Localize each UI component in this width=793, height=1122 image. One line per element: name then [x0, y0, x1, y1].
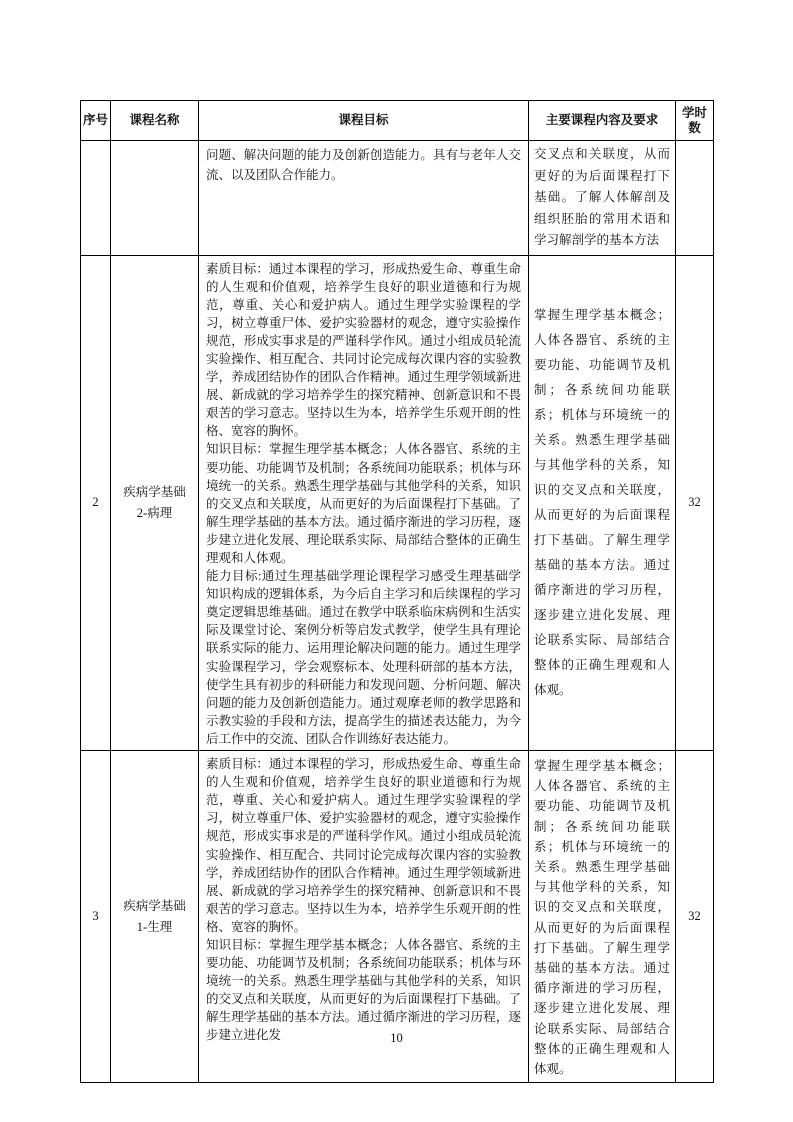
table-row-continuation: 问题、解决问题的能力及创新创造能力。具有与老年人交流、以及团队合作能力。 交叉点…: [81, 141, 714, 256]
cell-course-name: 疾病学基础 2-病理: [111, 255, 199, 751]
header-seq: 序号: [81, 101, 111, 141]
cell-content: 交叉点和关联度，从而更好的为后面课程打下基础。了解人体解剖及组织胚胎的常用术语和…: [529, 141, 676, 256]
header-content: 主要课程内容及要求: [529, 101, 676, 141]
cell-content: 掌握生理学基本概念；人体各器官、系统的主要功能、功能调节及机制；各系统间功能联系…: [529, 255, 676, 751]
table-row-course-2: 2 疾病学基础 2-病理 素质目标：通过本课程的学习，形成热爱生命、尊重生命的人…: [81, 255, 714, 751]
course-table: 序号 课程名称 课程目标 主要课程内容及要求 学时数 问题、解决问题的能力及创新…: [80, 100, 714, 1083]
cell-seq: 2: [81, 255, 111, 751]
cell-objectives: 问题、解决问题的能力及创新创造能力。具有与老年人交流、以及团队合作能力。: [199, 141, 529, 256]
header-objectives: 课程目标: [199, 101, 529, 141]
page-number: 10: [0, 1031, 793, 1046]
header-row: 序号 课程名称 课程目标 主要课程内容及要求 学时数: [81, 101, 714, 141]
cell-hours: 32: [676, 255, 714, 751]
cell-hours: [676, 141, 714, 256]
header-hours: 学时数: [676, 101, 714, 141]
cell-objectives: 素质目标：通过本课程的学习，形成热爱生命、尊重生命的人生观和价值观，培养学生良好…: [199, 255, 529, 751]
header-course-name: 课程名称: [111, 101, 199, 141]
cell-course-name: [111, 141, 199, 256]
cell-seq: [81, 141, 111, 256]
